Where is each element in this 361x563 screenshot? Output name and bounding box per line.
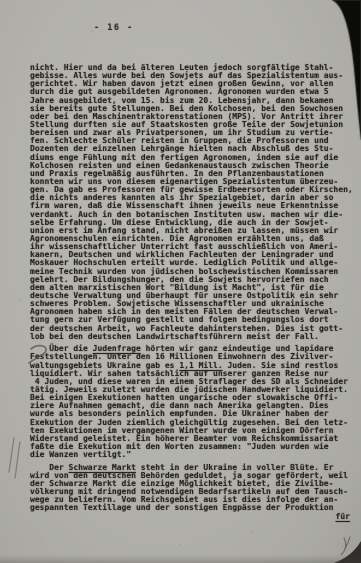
text-line: die Wanzen vertilgt." [30,451,358,459]
catchword: für [336,512,350,521]
scan-corner-shadow-bottom [334,541,361,563]
page-number: - 16 - [94,23,134,33]
scanned-page: - 16 - nicht. Hier und da bei älteren Le… [0,0,361,563]
text-line: lob bei den deutschen Landwirtschaftsfüh… [30,333,358,341]
document-text: nicht. Hier und da bei älteren Leuten je… [30,64,358,513]
pencil-margin-marks [9,438,20,478]
handwritten-y-mark [341,537,350,555]
